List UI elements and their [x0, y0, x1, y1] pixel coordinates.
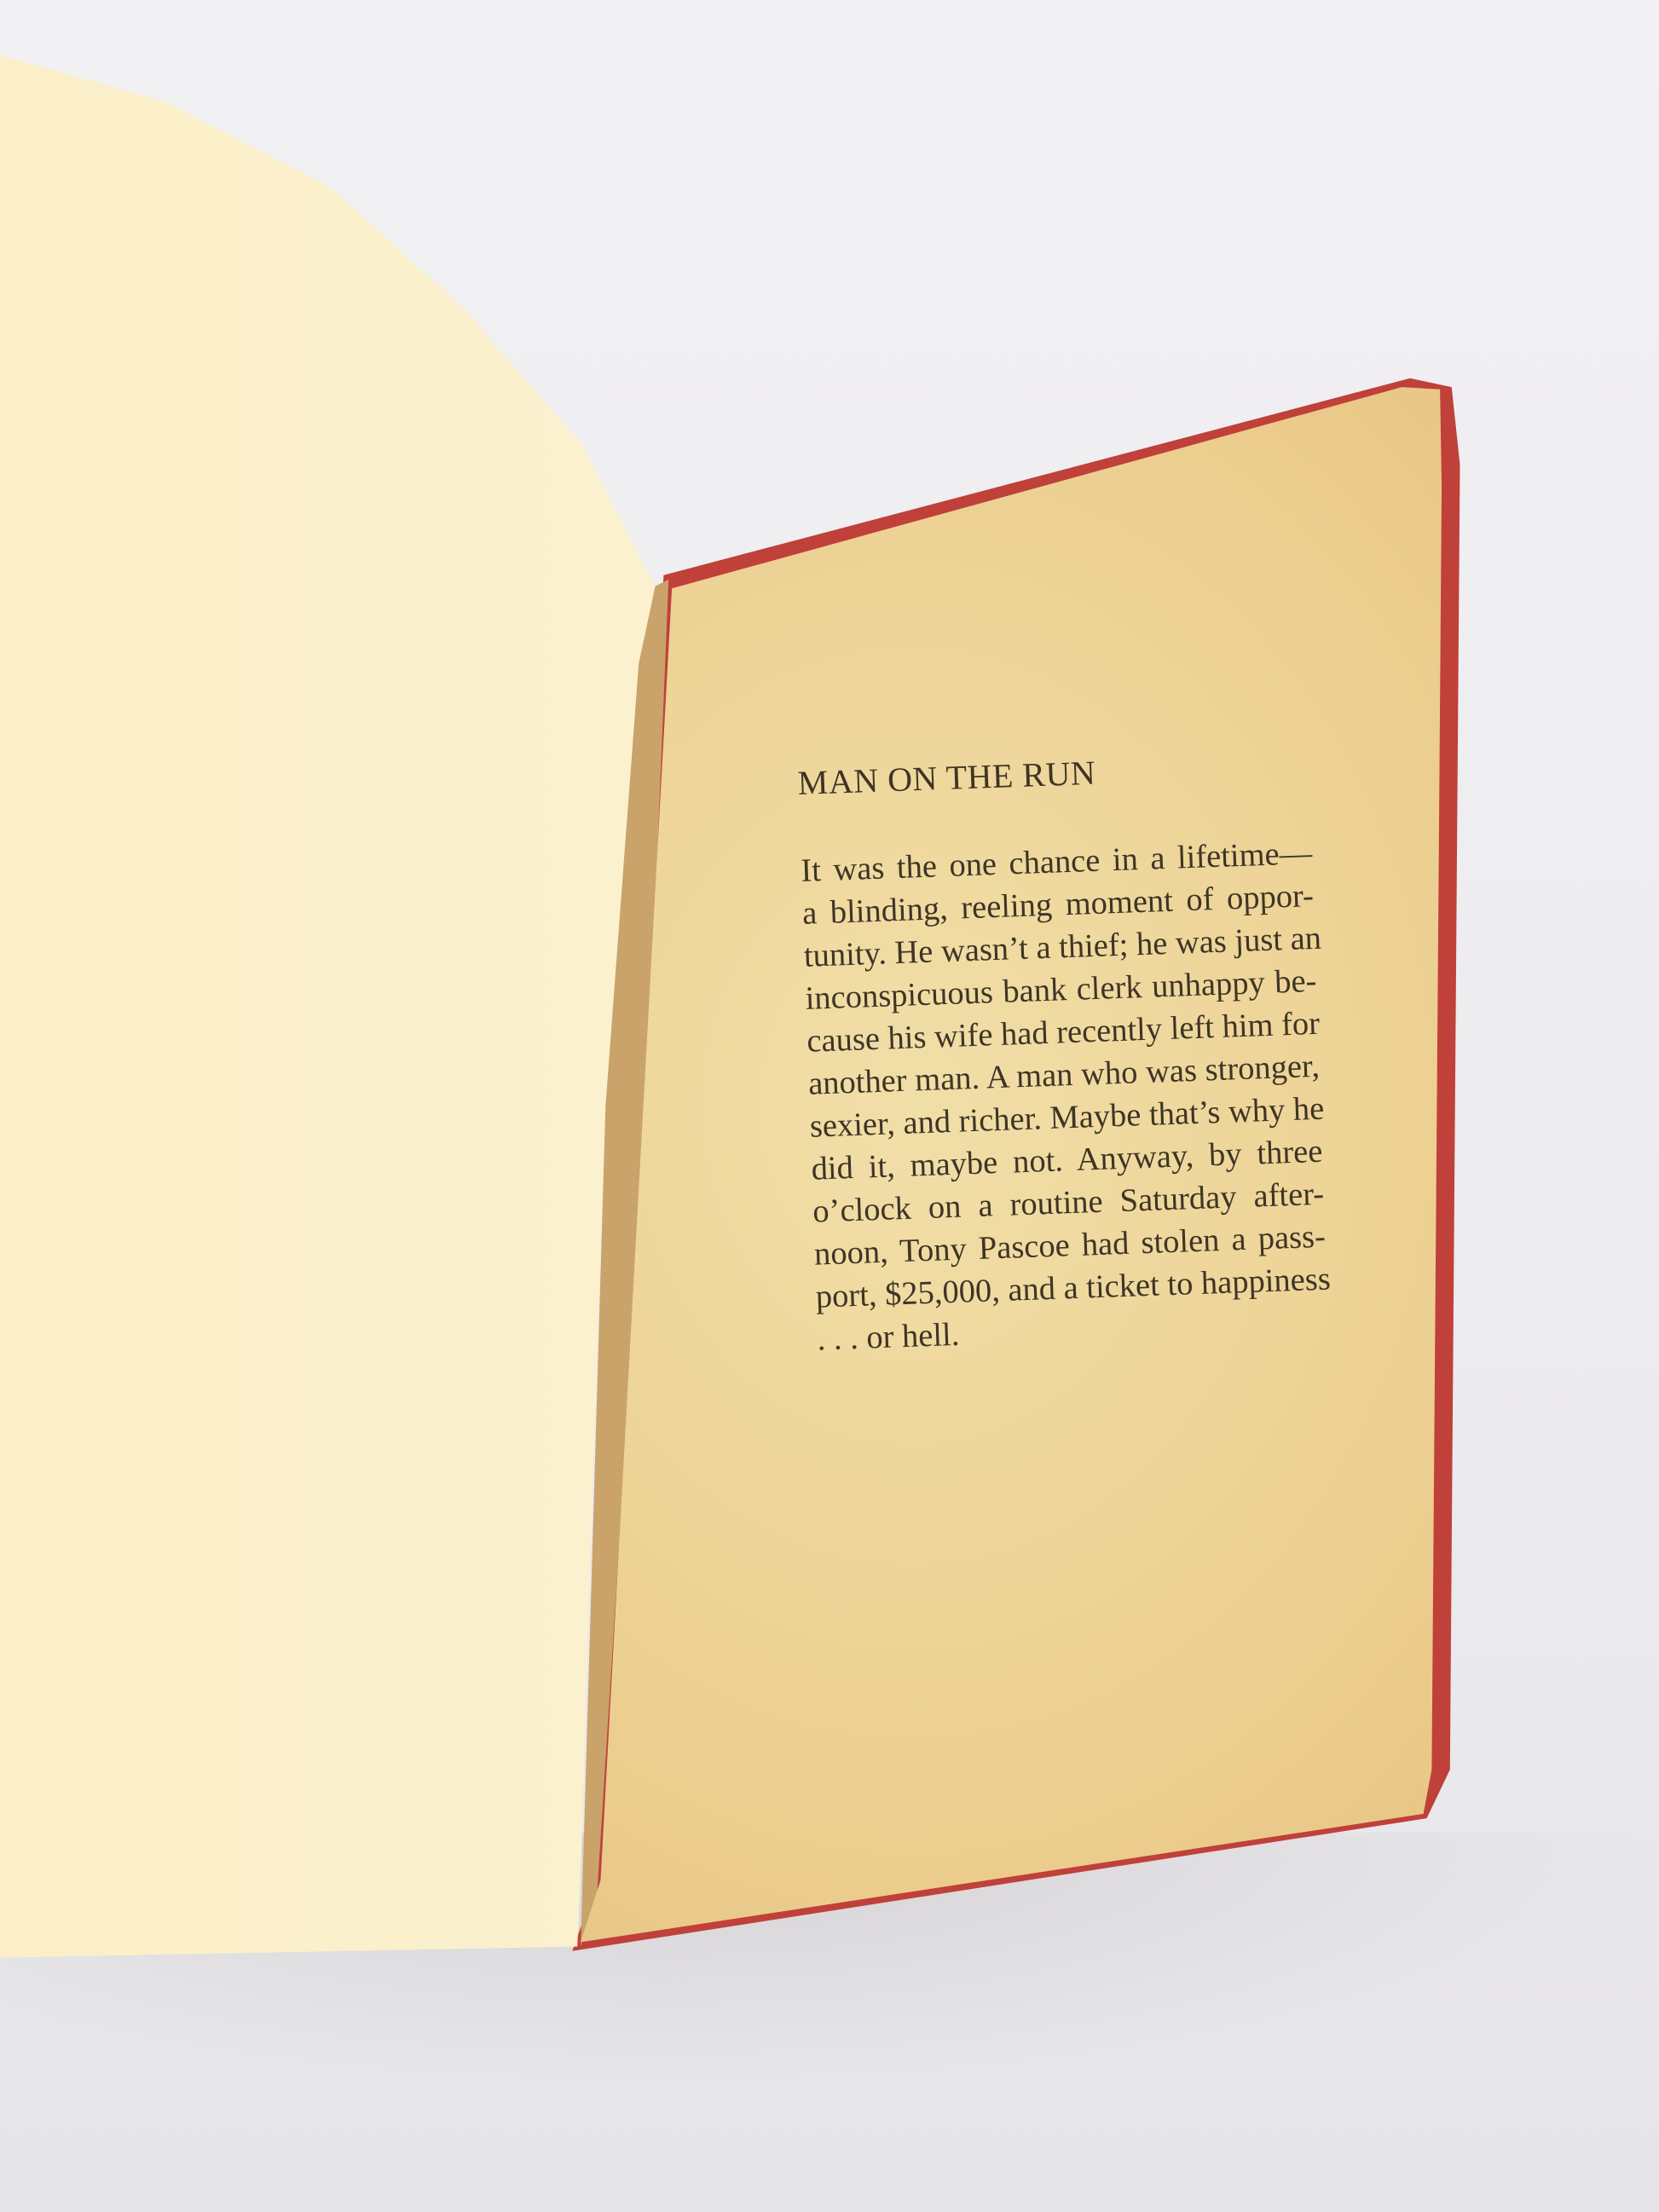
- blurb-text-block: MAN ON THE RUN It was the one chance in …: [797, 745, 1329, 1361]
- blurb-paragraph: It was the one chance in a lifetime— a b…: [801, 832, 1330, 1361]
